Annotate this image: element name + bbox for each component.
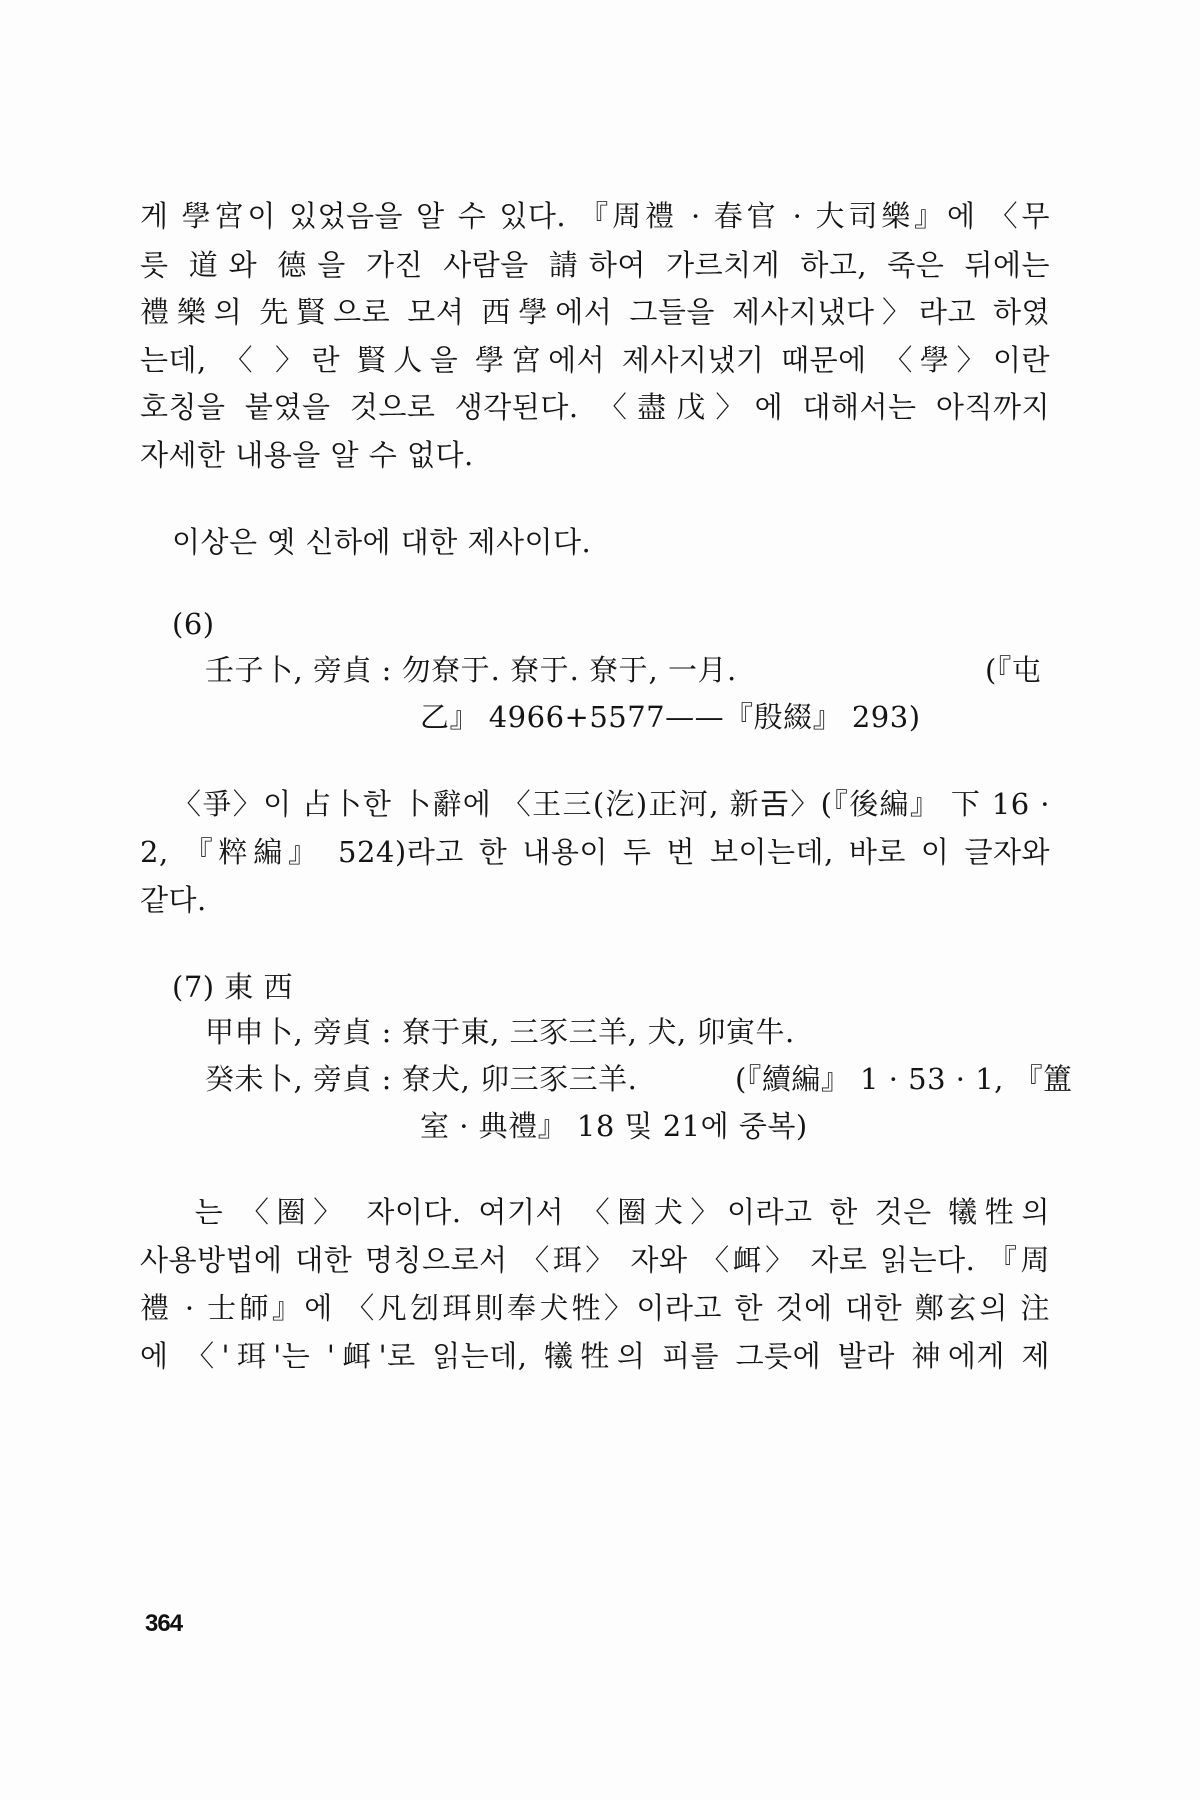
- section-6-citation-continued: 乙』 4966+5577——『殷綴』 293): [420, 697, 921, 737]
- paragraph-1-line-3: 禮樂의 先賢으로 모셔 西學에서 그들을 제사지냈다〉라고 하였: [140, 292, 1050, 332]
- section-6-heading: (6) 𤉲: [172, 604, 225, 644]
- section-7-commentary-line-2: 사용방법에 대한 명칭으로서 〈珥〉 자와 〈衈〉 자로 읽는다. 『周: [140, 1240, 1050, 1280]
- paragraph-2-line-1: 이상은 옛 신하에 대한 제사이다.: [172, 522, 1050, 562]
- paragraph-1-line-1: 게 學宮이 있었음을 알 수 있다. 『周禮 · 春官 · 大司樂』에 〈무: [140, 196, 1050, 236]
- section-7-inscription-line-2: 癸未卜, 旁貞 : 尞犬, 卯三豕三羊.: [205, 1059, 637, 1099]
- section-6-commentary-line-1: 〈爭〉이 占卜한 卜辭에 〈王三(汔)正河, 新𢀛〉(『後編』 下 16 ·: [172, 784, 1050, 824]
- paragraph-1-line-4: 는데, 〈𢍰戊〉란 賢人을 學宮에서 제사지냈기 때문에 〈學〉이란: [140, 340, 1050, 380]
- book-page: 게 學宮이 있었음을 알 수 있다. 『周禮 · 春官 · 大司樂』에 〈무 릇…: [0, 0, 1200, 1800]
- section-7-commentary-line-4: 에 〈'珥'는 '衈'로 읽는데, 犧牲의 피를 그릇에 발라 神에게 제: [140, 1336, 1050, 1376]
- paragraph-1-line-6: 자세한 내용을 알 수 없다.: [140, 435, 1050, 475]
- section-7-heading: (7) 東 西: [172, 967, 293, 1007]
- section-7-citation-continued: 室 · 典禮』 18 및 21에 중복): [420, 1106, 808, 1146]
- page-number: 364: [145, 1610, 182, 1638]
- section-7-commentary-line-3: 禮 · 士師』에 〈凡刉珥則奉犬牲〉이라고 한 것에 대한 鄭玄의 注: [140, 1288, 1050, 1328]
- section-6-commentary-line-2: 2, 『粹編』 524)라고 한 내용이 두 번 보이는데, 바로 이 글자와: [140, 832, 1050, 872]
- section-7-inscription-line-1: 甲申卜, 旁貞 : 尞于東, 三豕三羊, 𡆥犬, 卯寅牛.: [205, 1012, 795, 1052]
- section-6-commentary-line-3: 같다.: [140, 880, 1050, 920]
- section-7-commentary-line-1: 〈𡆥〉는 〈圈〉 자이다. 여기서 〈圈犬〉이라고 한 것은 犧牲의: [172, 1192, 1050, 1232]
- section-6-inscription-line-1: 壬子卜, 旁貞 : 勿尞于𤉲. 尞于𤉲. 尞于𤉲, 一月.: [205, 650, 737, 690]
- section-7-citation-open: (『續編』 1 · 53 · 1, 『簠: [735, 1059, 1073, 1099]
- paragraph-1-line-5: 호칭을 붙였을 것으로 생각된다. 〈盡戊〉에 대해서는 아직까지: [140, 387, 1050, 427]
- section-6-citation-open: (『屯: [985, 650, 1041, 690]
- paragraph-1-line-2: 릇 道와 德을 가진 사람을 請하여 가르치게 하고, 죽은 뒤에는: [140, 245, 1050, 285]
